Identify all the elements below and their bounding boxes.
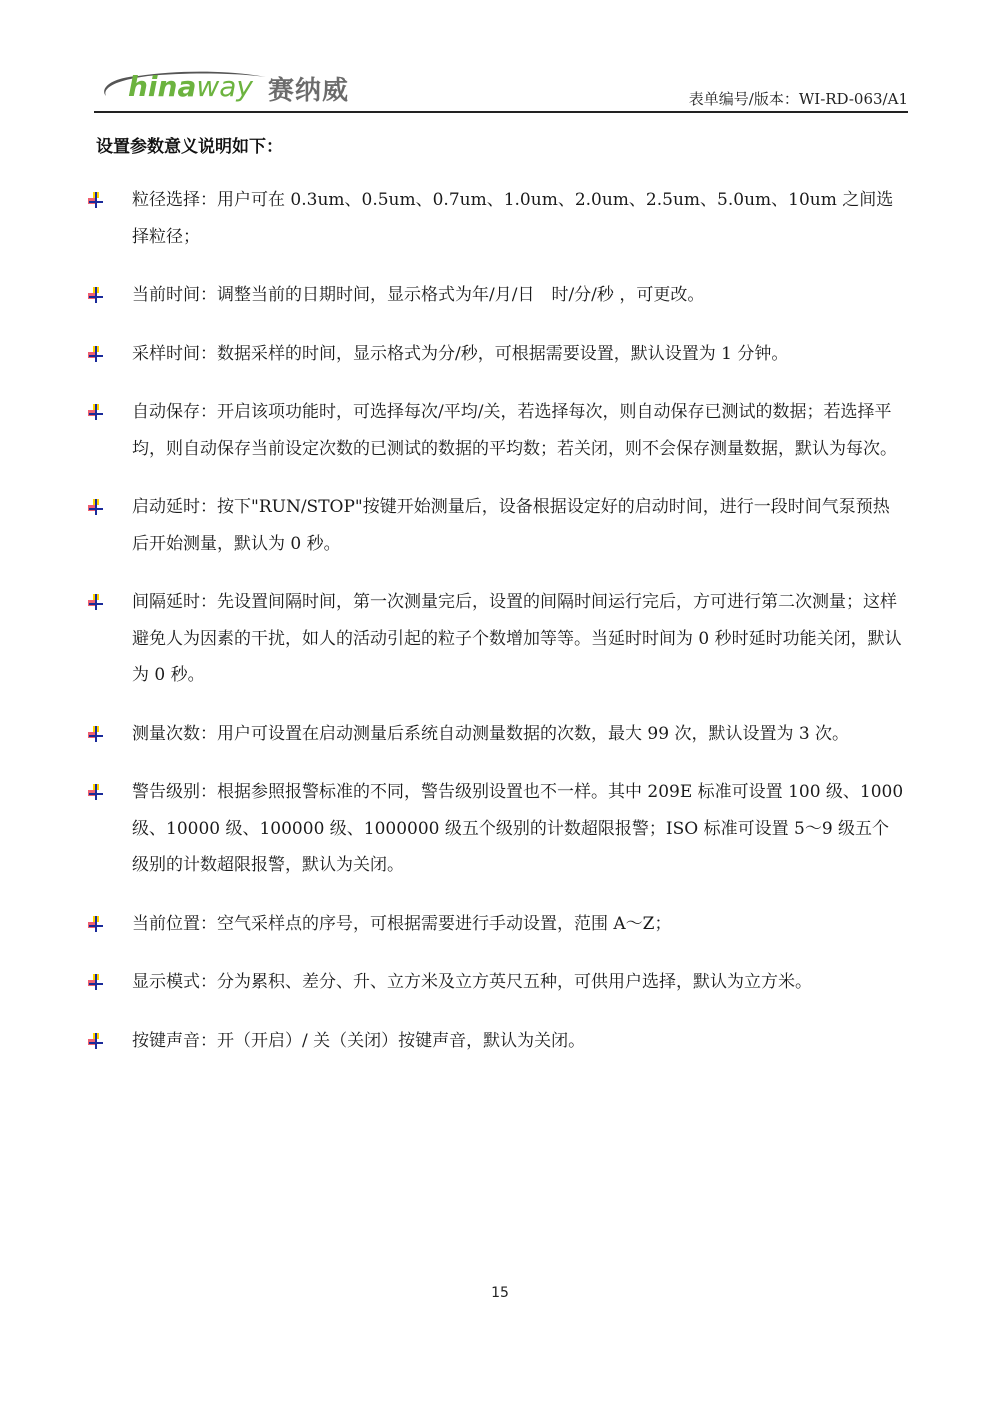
list-item: 显示模式：分为累积、差分、升、立方米及立方英尺五种，可供用户选择，默认为立方米。 (84, 964, 904, 1001)
bullet-icon (88, 499, 104, 515)
bullet-icon (88, 287, 104, 303)
list-item: 启动延时：按下"RUN/STOP"按键开始测量后，设备根据设定好的启动时间，进行… (84, 489, 904, 562)
list-item: 当前时间：调整当前的日期时间，显示格式为年/月/日 时/分/秒 ，可更改。 (84, 277, 904, 314)
parameter-list: 粒径选择：用户可在 0.3um、0.5um、0.7um、1.0um、2.0um、… (84, 182, 904, 1081)
list-item: 间隔延时：先设置间隔时间，第一次测量完后，设置的间隔时间运行完后，方可进行第二次… (84, 584, 904, 694)
list-item: 采样时间：数据采样的时间，显示格式为分/秒，可根据需要设置，默认设置为 1 分钟… (84, 336, 904, 373)
page-header: hinaway 赛纳威 表单编号/版本：WI-RD-063/A1 (94, 60, 908, 112)
item-text: 测量次数：用户可设置在启动测量后系统自动测量数据的次数，最大 99 次，默认设置… (132, 724, 849, 744)
item-text: 启动延时：按下"RUN/STOP"按键开始测量后，设备根据设定好的启动时间，进行… (132, 497, 890, 554)
item-text: 自动保存：开启该项功能时，可选择每次/平均/关，若选择每次，则自动保存已测试的数… (132, 402, 897, 459)
bullet-icon (88, 784, 104, 800)
logo-wordmark: hinaway (128, 70, 253, 103)
item-text: 当前位置：空气采样点的序号，可根据需要进行手动设置，范围 A～Z； (132, 914, 672, 934)
header-divider (94, 111, 908, 113)
bullet-icon (88, 974, 104, 990)
list-item: 按键声音：开（开启）/ 关（关闭）按键声音，默认为关闭。 (84, 1023, 904, 1060)
chinaway-logo: hinaway 赛纳威 (98, 64, 368, 108)
logo-wordmark-bold: hina (128, 70, 196, 103)
list-item: 警告级别：根据参照报警标准的不同，警告级别设置也不一样。其中 209E 标准可设… (84, 774, 904, 884)
item-text: 显示模式：分为累积、差分、升、立方米及立方英尺五种，可供用户选择，默认为立方米。 (132, 972, 812, 992)
item-text: 警告级别：根据参照报警标准的不同，警告级别设置也不一样。其中 209E 标准可设… (132, 782, 903, 875)
list-item: 当前位置：空气采样点的序号，可根据需要进行手动设置，范围 A～Z； (84, 906, 904, 943)
bullet-icon (88, 1033, 104, 1049)
logo-chinese-name: 赛纳威 (268, 70, 349, 107)
item-text: 间隔延时：先设置间隔时间，第一次测量完后，设置的间隔时间运行完后，方可进行第二次… (132, 592, 902, 685)
logo-wordmark-light: way (196, 70, 253, 103)
bullet-icon (88, 346, 104, 362)
bullet-icon (88, 594, 104, 610)
list-item: 测量次数：用户可设置在启动测量后系统自动测量数据的次数，最大 99 次，默认设置… (84, 716, 904, 753)
page-number: 15 (0, 1285, 1000, 1301)
item-text: 采样时间：数据采样的时间，显示格式为分/秒，可根据需要设置，默认设置为 1 分钟… (132, 344, 788, 364)
list-item: 自动保存：开启该项功能时，可选择每次/平均/关，若选择每次，则自动保存已测试的数… (84, 394, 904, 467)
item-text: 按键声音：开（开启）/ 关（关闭）按键声音，默认为关闭。 (132, 1031, 585, 1051)
bullet-icon (88, 916, 104, 932)
bullet-icon (88, 404, 104, 420)
item-text: 粒径选择：用户可在 0.3um、0.5um、0.7um、1.0um、2.0um、… (132, 190, 893, 247)
form-code: 表单编号/版本：WI-RD-063/A1 (689, 88, 908, 109)
bullet-icon (88, 192, 104, 208)
item-text: 当前时间：调整当前的日期时间，显示格式为年/月/日 时/分/秒 ，可更改。 (132, 285, 704, 305)
list-item: 粒径选择：用户可在 0.3um、0.5um、0.7um、1.0um、2.0um、… (84, 182, 904, 255)
bullet-icon (88, 726, 104, 742)
section-title: 设置参数意义说明如下： (96, 132, 283, 157)
